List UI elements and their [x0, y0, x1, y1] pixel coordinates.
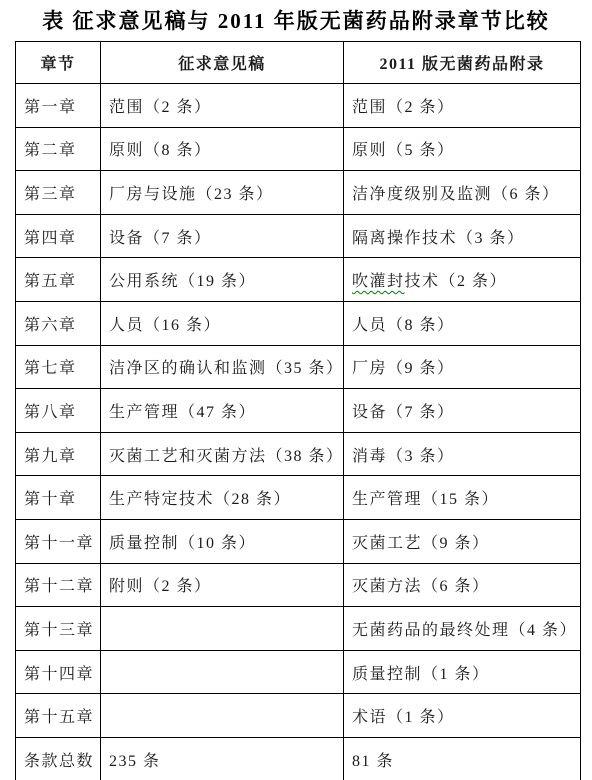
- header-chapter: 章节: [16, 42, 101, 84]
- table-row totals-row: 条款总数 235 条 81 条: [16, 737, 581, 780]
- draft-cell: 洁净区的确认和监测（35 条）: [101, 345, 344, 389]
- v2011-cell: 灭菌方法（6 条）: [344, 563, 581, 607]
- draft-cell: 灭菌工艺和灭菌方法（38 条）: [101, 432, 344, 476]
- chapter-cell: 第十二章: [16, 563, 101, 607]
- v2011-cell: 吹灌封技术（2 条）: [344, 258, 581, 302]
- draft-cell: 原则（8 条）: [101, 127, 344, 171]
- v2011-cell: 术语（1 条）: [344, 694, 581, 738]
- table-row: 第九章 灭菌工艺和灭菌方法（38 条） 消毒（3 条）: [16, 432, 581, 476]
- v2011-cell: 消毒（3 条）: [344, 432, 581, 476]
- chapter-cell: 第六章: [16, 301, 101, 345]
- draft-cell: [101, 607, 344, 651]
- chapter-cell: 第八章: [16, 389, 101, 433]
- v2011-cell-rest: 技术（2 条）: [405, 273, 508, 290]
- table-row: 第十章 生产特定技术（28 条） 生产管理（15 条）: [16, 476, 581, 520]
- draft-cell: 范围（2 条）: [101, 84, 344, 128]
- chapter-cell: 第七章: [16, 345, 101, 389]
- draft-cell: 厂房与设施（23 条）: [101, 171, 344, 215]
- chapter-cell: 第十五章: [16, 694, 101, 738]
- totals-draft-cell: 235 条: [101, 737, 344, 780]
- draft-cell: [101, 694, 344, 738]
- v2011-cell: 洁净度级别及监测（6 条）: [344, 171, 581, 215]
- chapter-cell: 第五章: [16, 258, 101, 302]
- chapter-cell: 第三章: [16, 171, 101, 215]
- header-v2011: 2011 版无菌药品附录: [344, 42, 581, 84]
- v2011-cell: 灭菌工艺（9 条）: [344, 519, 581, 563]
- table-row: 第八章 生产管理（47 条） 设备（7 条）: [16, 389, 581, 433]
- v2011-cell: 隔离操作技术（3 条）: [344, 214, 581, 258]
- page-title: 表 征求意见稿与 2011 年版无菌药品附录章节比较: [0, 8, 592, 34]
- table-row: 第六章 人员（16 条） 人员（8 条）: [16, 301, 581, 345]
- table-row: 第十二章 附则（2 条） 灭菌方法（6 条）: [16, 563, 581, 607]
- chapter-cell: 第十三章: [16, 607, 101, 651]
- table-row: 第十三章 无菌药品的最终处理（4 条）: [16, 607, 581, 651]
- draft-cell: 质量控制（10 条）: [101, 519, 344, 563]
- v2011-cell: 设备（7 条）: [344, 389, 581, 433]
- table-row: 第一章 范围（2 条） 范围（2 条）: [16, 84, 581, 128]
- draft-cell: [101, 650, 344, 694]
- chapter-cell: 第十章: [16, 476, 101, 520]
- spellcheck-flagged-text: 吹灌封: [352, 273, 405, 290]
- comparison-table: 章节 征求意见稿 2011 版无菌药品附录 第一章 范围（2 条） 范围（2 条…: [15, 41, 581, 780]
- chapter-cell: 第十一章: [16, 519, 101, 563]
- v2011-cell: 人员（8 条）: [344, 301, 581, 345]
- chapter-cell: 第二章: [16, 127, 101, 171]
- table-row: 第四章 设备（7 条） 隔离操作技术（3 条）: [16, 214, 581, 258]
- header-draft: 征求意见稿: [101, 42, 344, 84]
- draft-cell: 生产管理（47 条）: [101, 389, 344, 433]
- v2011-cell: 无菌药品的最终处理（4 条）: [344, 607, 581, 651]
- v2011-cell: 原则（5 条）: [344, 127, 581, 171]
- table-row: 第十四章 质量控制（1 条）: [16, 650, 581, 694]
- draft-cell: 设备（7 条）: [101, 214, 344, 258]
- table-row: 第十一章 质量控制（10 条） 灭菌工艺（9 条）: [16, 519, 581, 563]
- chapter-cell: 第四章: [16, 214, 101, 258]
- table-row: 第七章 洁净区的确认和监测（35 条） 厂房（9 条）: [16, 345, 581, 389]
- table-row: 第二章 原则（8 条） 原则（5 条）: [16, 127, 581, 171]
- v2011-cell: 范围（2 条）: [344, 84, 581, 128]
- v2011-cell: 质量控制（1 条）: [344, 650, 581, 694]
- chapter-cell: 第一章: [16, 84, 101, 128]
- v2011-cell: 厂房（9 条）: [344, 345, 581, 389]
- header-row: 章节 征求意见稿 2011 版无菌药品附录: [16, 42, 581, 84]
- draft-cell: 生产特定技术（28 条）: [101, 476, 344, 520]
- totals-label-cell: 条款总数: [16, 737, 101, 780]
- chapter-cell: 第九章: [16, 432, 101, 476]
- table-row: 第十五章 术语（1 条）: [16, 694, 581, 738]
- table-row: 第三章 厂房与设施（23 条） 洁净度级别及监测（6 条）: [16, 171, 581, 215]
- draft-cell: 公用系统（19 条）: [101, 258, 344, 302]
- draft-cell: 附则（2 条）: [101, 563, 344, 607]
- chapter-cell: 第十四章: [16, 650, 101, 694]
- draft-cell: 人员（16 条）: [101, 301, 344, 345]
- table-row: 第五章 公用系统（19 条） 吹灌封技术（2 条）: [16, 258, 581, 302]
- totals-v2011-cell: 81 条: [344, 737, 581, 780]
- v2011-cell: 生产管理（15 条）: [344, 476, 581, 520]
